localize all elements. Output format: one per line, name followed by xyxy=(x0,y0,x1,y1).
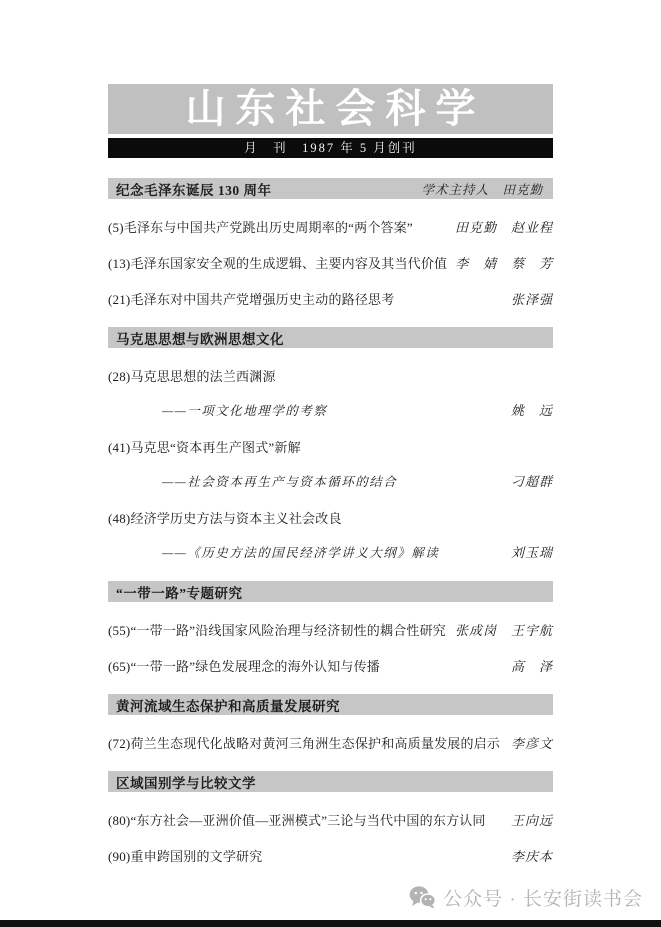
toc-entry: (90)重申跨国别的文学研究李庆本 xyxy=(108,849,553,864)
toc-entry-subtitle-row: ——社会资本再生产与资本循环的结合刁超群 xyxy=(108,474,553,490)
toc-entry-title: (48)经济学历史方法与资本主义社会改良 xyxy=(108,511,342,526)
section-title: “一带一路”专题研究 xyxy=(116,582,243,602)
toc-sections: 纪念毛泽东诞辰 130 周年学术主持人 田克勤(5)毛泽东与中国共产党跳出历史周… xyxy=(108,178,553,864)
bottom-black-bar xyxy=(0,920,661,927)
toc-entry-title: (72)荷兰生态现代化战略对黄河三角洲生态保护和高质量发展的启示 xyxy=(108,736,500,751)
toc-entry: (13)毛泽东国家安全观的生成逻辑、主要内容及其当代价值李 婧 蔡 芳 xyxy=(108,256,553,271)
toc-entry: (80)“东方社会—亚洲价值—亚洲模式”三论与当代中国的东方认同王向远 xyxy=(108,813,553,828)
toc-entry-authors: 高 泽 xyxy=(511,659,553,674)
toc-entry-authors: 张成岗 王宇航 xyxy=(455,623,553,638)
toc-entry-authors: 王向远 xyxy=(511,813,553,828)
toc-entry-subtitle: ——《历史方法的国民经济学讲义大纲》解读 xyxy=(162,546,439,561)
section-header: “一带一路”专题研究 xyxy=(108,581,553,602)
journal-masthead: 山东社会科学 xyxy=(108,84,553,134)
issue-info: 月 刊 1987 年 5 月创刊 xyxy=(244,141,417,155)
toc-entry-title: (55)“一带一路”沿线国家风险治理与经济韧性的耦合性研究 xyxy=(108,623,446,638)
toc-entry: (65)“一带一路”绿色发展理念的海外认知与传播高 泽 xyxy=(108,659,553,674)
toc-entry: (41)马克思“资本再生产图式”新解 xyxy=(108,440,553,455)
toc-entry-authors: 刘玉瑞 xyxy=(511,545,553,560)
toc-entry-subtitle: ——一项文化地理学的考察 xyxy=(162,404,327,419)
toc-entry-title: (65)“一带一路”绿色发展理念的海外认知与传播 xyxy=(108,659,380,674)
toc-entry-authors: 李 婧 蔡 芳 xyxy=(455,256,553,271)
section-title: 纪念毛泽东诞辰 130 周年 xyxy=(116,179,272,199)
toc-entry: (55)“一带一路”沿线国家风险治理与经济韧性的耦合性研究张成岗 王宇航 xyxy=(108,623,553,638)
toc-entry-title: (13)毛泽东国家安全观的生成逻辑、主要内容及其当代价值 xyxy=(108,256,447,271)
toc-entry-subtitle-row: ——《历史方法的国民经济学讲义大纲》解读刘玉瑞 xyxy=(108,545,553,561)
journal-toc-page: 山东社会科学 月 刊 1987 年 5 月创刊 纪念毛泽东诞辰 130 周年学术… xyxy=(0,0,661,927)
toc-entry-subtitle-row: ——一项文化地理学的考察姚 远 xyxy=(108,403,553,419)
toc-entry-authors: 张泽强 xyxy=(511,292,553,307)
toc-entry-subtitle: ——社会资本再生产与资本循环的结合 xyxy=(162,475,397,490)
section-header: 黄河流域生态保护和高质量发展研究 xyxy=(108,694,553,715)
wechat-icon xyxy=(409,886,436,909)
toc-entry-authors: 李彦文 xyxy=(511,736,553,751)
section-header: 区域国别学与比较文学 xyxy=(108,771,553,792)
toc-entry: (48)经济学历史方法与资本主义社会改良 xyxy=(108,511,553,526)
section-header: 纪念毛泽东诞辰 130 周年学术主持人 田克勤 xyxy=(108,178,553,199)
footer: 公众号 · 长安街读书会 xyxy=(409,884,643,911)
toc-entry-title: (41)马克思“资本再生产图式”新解 xyxy=(108,440,301,455)
section-title: 马克思思想与欧洲思想文化 xyxy=(116,328,284,348)
toc-entry-title: (80)“东方社会—亚洲价值—亚洲模式”三论与当代中国的东方认同 xyxy=(108,813,486,828)
toc-entry-authors: 刁超群 xyxy=(511,474,553,489)
journal-title: 山东社会科学 xyxy=(108,84,553,134)
toc-entry-title: (5)毛泽东与中国共产党跳出历史周期率的“两个答案” xyxy=(108,220,413,235)
toc-entry: (21)毛泽东对中国共产党增强历史主动的路径思考张泽强 xyxy=(108,292,553,307)
section-header: 马克思思想与欧洲思想文化 xyxy=(108,327,553,348)
section-title: 区域国别学与比较文学 xyxy=(116,772,256,792)
toc-entry-title: (28)马克思思想的法兰西渊源 xyxy=(108,369,276,384)
toc-entry-title: (90)重申跨国别的文学研究 xyxy=(108,849,262,864)
issue-info-bar: 月 刊 1987 年 5 月创刊 xyxy=(108,138,553,158)
page-content: 山东社会科学 月 刊 1987 年 5 月创刊 纪念毛泽东诞辰 130 周年学术… xyxy=(108,84,553,864)
toc-entry: (72)荷兰生态现代化战略对黄河三角洲生态保护和高质量发展的启示李彦文 xyxy=(108,736,553,751)
toc-entry-title: (21)毛泽东对中国共产党增强历史主动的路径思考 xyxy=(108,292,394,307)
toc-entry-authors: 姚 远 xyxy=(511,403,553,418)
toc-entry: (28)马克思思想的法兰西渊源 xyxy=(108,369,553,384)
toc-entry-authors: 田克勤 赵业程 xyxy=(455,220,553,235)
section-title: 黄河流域生态保护和高质量发展研究 xyxy=(116,695,340,715)
toc-entry: (5)毛泽东与中国共产党跳出历史周期率的“两个答案”田克勤 赵业程 xyxy=(108,220,553,235)
wechat-account-label: 公众号 · 长安街读书会 xyxy=(443,884,643,911)
toc-entry-authors: 李庆本 xyxy=(511,849,553,864)
section-host: 学术主持人 田克勤 xyxy=(421,180,543,198)
